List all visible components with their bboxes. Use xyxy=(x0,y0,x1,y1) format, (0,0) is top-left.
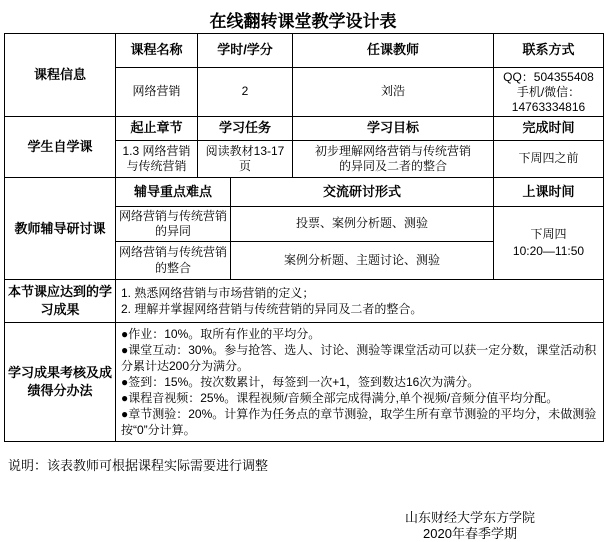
footer-school: 山东财经大学东方学院 xyxy=(330,510,606,526)
course-info-row-label: 课程信息 xyxy=(5,34,116,117)
note-text: 说明：该表教师可根据课程实际需要进行调整 xyxy=(8,455,606,474)
footer-semester: 2020年春季学期 xyxy=(330,526,606,542)
tutorial-row-label: 教师辅导研讨课 xyxy=(5,178,116,280)
grading-item-checkin: ●签到：15%。按次数累计，每签到一次+1，签到数达16次为满分。 xyxy=(121,374,599,390)
page-title: 在线翻转课堂教学设计表 xyxy=(0,0,606,33)
topic-2: 网络营销与传统营销的整合 xyxy=(116,242,231,280)
teaching-design-table: 课程信息 课程名称 学时/学分 任课教师 联系方式 网络营销 2 刘浩 QQ：5… xyxy=(4,33,604,442)
teacher-value: 刘浩 xyxy=(293,68,494,117)
grading-content: ●作业：10%。取所有作业的平均分。 ●课堂互动：30%。参与抢答、选人、讨论、… xyxy=(116,323,604,442)
course-info-header-row: 课程信息 课程名称 学时/学分 任课教师 联系方式 xyxy=(5,34,604,68)
teacher-header: 任课教师 xyxy=(293,34,494,68)
contact-qq: QQ：504355408 xyxy=(496,70,601,85)
chapter-value: 1.3 网络营销与传统营销 xyxy=(116,141,198,178)
class-time-value: 下周四 10:20—11:50 xyxy=(494,207,604,280)
chapter-header: 起止章节 xyxy=(116,117,198,141)
topic-1: 网络营销与传统营销的异同 xyxy=(116,207,231,242)
task-value: 阅读教材13-17页 xyxy=(198,141,293,178)
grading-item-media: ●课程音视频：25%。课程视频/音频全部完成得满分,单个视频/音频分值平均分配。 xyxy=(121,390,599,406)
self-study-row-label: 学生自学课 xyxy=(5,117,116,178)
contact-value: QQ：504355408 手机/微信： 14763334816 xyxy=(494,68,604,117)
footer: 山东财经大学东方学院 2020年春季学期 xyxy=(330,510,606,542)
tutorial-header-row: 教师辅导研讨课 辅导重点难点 交流研讨形式 上课时间 xyxy=(5,178,604,207)
outcome-item-2: 2. 理解并掌握网络营销与传统营销的异同及二者的整合。 xyxy=(121,301,599,317)
self-study-header-row: 学生自学课 起止章节 学习任务 学习目标 完成时间 xyxy=(5,117,604,141)
outcomes-row-label: 本节课应达到的学习成果 xyxy=(5,280,116,323)
form-2: 案例分析题、主题讨论、测验 xyxy=(231,242,494,280)
deadline-value: 下周四之前 xyxy=(494,141,604,178)
discussion-form-header: 交流研讨形式 xyxy=(231,178,494,207)
goal-header: 学习目标 xyxy=(293,117,494,141)
grading-row-label: 学习成果考核及成绩得分办法 xyxy=(5,323,116,442)
grading-item-homework: ●作业：10%。取所有作业的平均分。 xyxy=(121,326,599,342)
contact-wechat-label: 手机/微信： xyxy=(496,85,601,100)
outcomes-row: 本节课应达到的学习成果 1. 熟悉网络营销与市场营销的定义； 2. 理解并掌握网… xyxy=(5,280,604,323)
hours-credits-value: 2 xyxy=(198,68,293,117)
class-time-day: 下周四 xyxy=(496,226,601,243)
deadline-header: 完成时间 xyxy=(494,117,604,141)
key-points-header: 辅导重点难点 xyxy=(116,178,231,207)
grading-row: 学习成果考核及成绩得分办法 ●作业：10%。取所有作业的平均分。 ●课堂互动：3… xyxy=(5,323,604,442)
contact-phone: 14763334816 xyxy=(496,100,601,115)
task-header: 学习任务 xyxy=(198,117,293,141)
course-name-value: 网络营销 xyxy=(116,68,198,117)
outcome-item-1: 1. 熟悉网络营销与市场营销的定义； xyxy=(121,285,599,301)
course-name-header: 课程名称 xyxy=(116,34,198,68)
hours-credits-header: 学时/学分 xyxy=(198,34,293,68)
outcomes-content: 1. 熟悉网络营销与市场营销的定义； 2. 理解并掌握网络营销与传统营销的异同及… xyxy=(116,280,604,323)
class-time-range: 10:20—11:50 xyxy=(496,243,601,260)
class-time-header: 上课时间 xyxy=(494,178,604,207)
contact-header: 联系方式 xyxy=(494,34,604,68)
grading-item-quiz: ●章节测验：20%。计算作为任务点的章节测验，取学生所有章节测验的平均分，未做测… xyxy=(121,406,599,438)
grading-item-interaction: ●课堂互动：30%。参与抢答、选人、讨论、测验等课堂活动可以获一定分数，课堂活动… xyxy=(121,342,599,374)
form-1: 投票、案例分析题、测验 xyxy=(231,207,494,242)
goal-text: 初步理解网络营销与传统营销的异同及二者的整合 xyxy=(295,144,491,175)
goal-value: 初步理解网络营销与传统营销的异同及二者的整合 xyxy=(293,141,494,178)
